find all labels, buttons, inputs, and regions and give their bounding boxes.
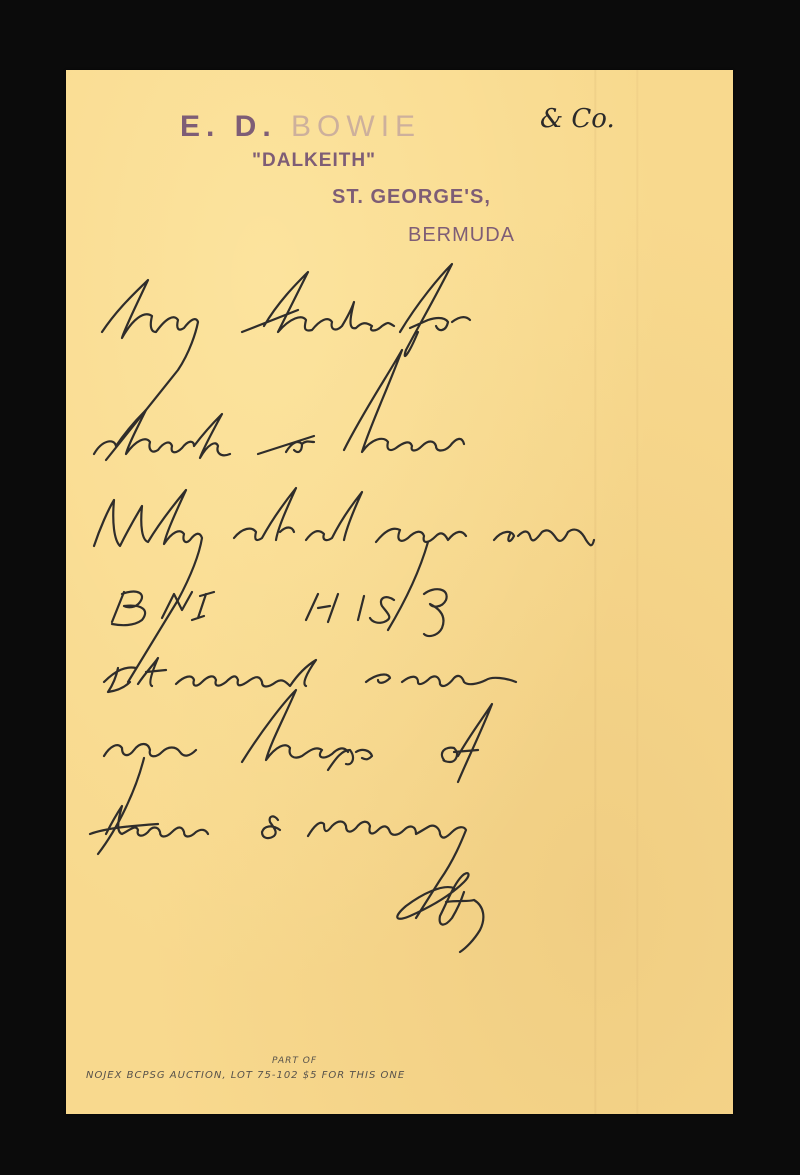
postcard: E. D. BOWIE & Co. "DALKEITH" ST. GEORGE'… <box>66 70 733 1114</box>
annotation-superscript: PART OF <box>272 1056 317 1066</box>
annotation-text: NOJEX BCPSG AUCTION, LOT 75-102 $5 FOR T… <box>86 1070 405 1081</box>
